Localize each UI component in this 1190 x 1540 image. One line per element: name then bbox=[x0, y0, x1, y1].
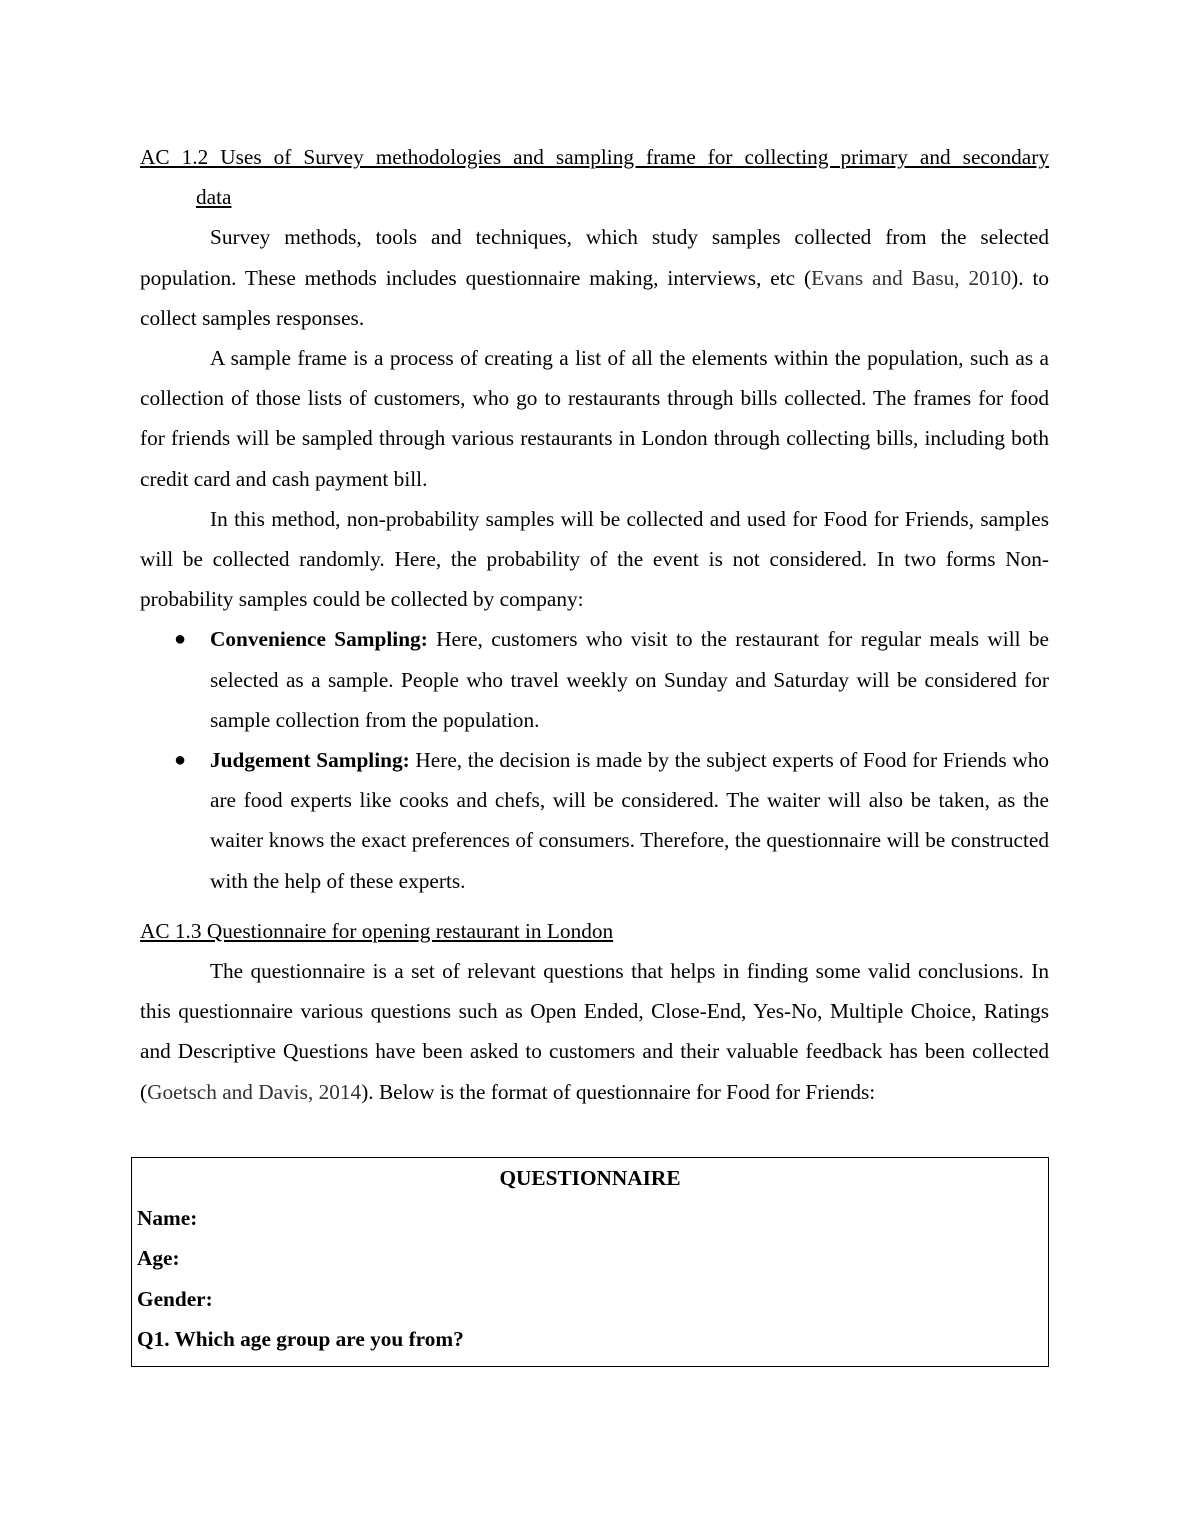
list-item-term: Judgement Sampling: bbox=[210, 748, 410, 772]
list-item: ● Judgement Sampling: Here, the decision… bbox=[140, 740, 1049, 901]
section-heading-1-2-continued: data bbox=[140, 177, 1049, 217]
section-heading-1-2: AC 1.2 Uses of Survey methodologies and … bbox=[140, 137, 1049, 177]
questionnaire-field-gender: Gender: bbox=[137, 1279, 1043, 1319]
questionnaire-field-age: Age: bbox=[137, 1238, 1043, 1278]
questionnaire-title: QUESTIONNAIRE bbox=[137, 1158, 1043, 1198]
paragraph-sample-frame: A sample frame is a process of creating … bbox=[140, 338, 1049, 499]
paragraph-questionnaire-intro: The questionnaire is a set of relevant q… bbox=[140, 951, 1049, 1112]
bullet-icon: ● bbox=[174, 740, 186, 780]
citation: Goetsch and Davis, 2014 bbox=[147, 1080, 361, 1104]
paragraph-non-probability: In this method, non-probability samples … bbox=[140, 499, 1049, 620]
list-item: ● Convenience Sampling: Here, customers … bbox=[140, 619, 1049, 740]
questionnaire-field-name: Name: bbox=[137, 1198, 1043, 1238]
questionnaire-question-1: Q1. Which age group are you from? bbox=[137, 1319, 1043, 1359]
citation: Evans and Basu, 2010 bbox=[811, 266, 1011, 290]
section-heading-1-3: AC 1.3 Questionnaire for opening restaur… bbox=[140, 911, 1049, 951]
paragraph-survey-methods: Survey methods, tools and techniques, wh… bbox=[140, 217, 1049, 338]
sampling-list: ● Convenience Sampling: Here, customers … bbox=[140, 619, 1049, 900]
bullet-icon: ● bbox=[174, 619, 186, 659]
document-page: AC 1.2 Uses of Survey methodologies and … bbox=[140, 137, 1049, 1112]
list-item-term: Convenience Sampling: bbox=[210, 627, 428, 651]
questionnaire-box: QUESTIONNAIRE Name: Age: Gender: Q1. Whi… bbox=[131, 1157, 1049, 1367]
